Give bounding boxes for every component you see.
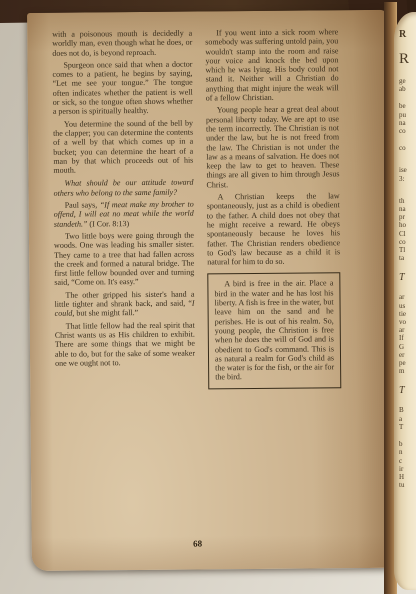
fragment: Cl [399, 230, 406, 238]
fragment: T [399, 423, 403, 431]
fragment: pr [399, 213, 405, 221]
fragment: co [399, 238, 406, 246]
fragment: 3: [399, 175, 404, 183]
fragment: na [399, 119, 406, 127]
fragment: pu [399, 111, 406, 119]
paragraph: Spurgeon once said that when a doctor co… [52, 56, 193, 116]
fragment: ab [399, 85, 406, 93]
next-page-text-fragments: R R ge ab be pu na co co ise 3: th na pr… [394, 12, 416, 489]
scripture-intro: Paul says, [65, 200, 100, 209]
paragraph-text: The other gripped his sister's hand a li… [55, 289, 195, 309]
fragment: ise [399, 166, 407, 174]
book-page-68: with a poisonous mouth is decidedly a wo… [27, 10, 394, 571]
paragraph: That little fellow had the real spirit t… [55, 317, 195, 368]
fragment: n [399, 448, 403, 456]
page-number: 68 [32, 537, 364, 550]
book-photo: with a poisonous mouth is decidedly a wo… [0, 0, 416, 594]
paragraph: The other gripped his sister's hand a li… [54, 286, 194, 318]
paragraph: with a poisonous mouth is decidedly a wo… [52, 29, 192, 58]
fragment: er [399, 351, 404, 359]
fragment: th [399, 197, 404, 205]
fragment: b [399, 440, 403, 448]
fragment: ge [399, 77, 406, 85]
boxed-paragraph: A bird is free in the air. Place a bird … [214, 279, 334, 382]
fragment: ar [399, 293, 404, 301]
fragment: If [399, 334, 404, 342]
fragment: co [399, 127, 406, 135]
fragment: G [399, 343, 404, 351]
fragment: ar [399, 326, 404, 334]
fragment: pe [399, 359, 406, 367]
fragment: ta [399, 254, 404, 262]
fragment: ho [399, 221, 406, 229]
fragment: us [399, 302, 405, 310]
paragraph-text: , but she might fall.” [72, 308, 138, 318]
paragraph: You determine the sound of the bell by t… [53, 115, 194, 175]
left-column: with a poisonous mouth is decidedly a wo… [52, 29, 195, 391]
fragment: H [399, 473, 404, 481]
right-column: If you went into a sick room where someb… [205, 27, 341, 389]
bird-illustration-box: A bird is free in the air. Place a bird … [207, 273, 341, 389]
fragment: m [399, 367, 404, 375]
fragment: tie [399, 310, 406, 318]
fragment: T [399, 384, 405, 397]
question-paragraph: What should be our attitude toward other… [53, 174, 193, 198]
fragment: ir [399, 465, 403, 473]
fragment: T [399, 271, 405, 284]
fragment: tu [399, 481, 404, 489]
scripture-reference: (I Cor. 8:13) [87, 219, 129, 228]
text-block: with a poisonous mouth is decidedly a wo… [52, 27, 361, 390]
fragment: na [399, 205, 406, 213]
fragment: vo [399, 318, 406, 326]
paragraph: Two little boys were going through the w… [54, 227, 195, 287]
fragment: R [399, 50, 409, 68]
fragment: co [399, 144, 406, 152]
fragment: B [399, 406, 404, 414]
next-page-sliver: R R ge ab be pu na co co ise 3: th na pr… [394, 12, 416, 590]
fragment: Tl [399, 246, 405, 254]
fragment: a [399, 415, 402, 423]
paragraph: If you went into a sick room where someb… [205, 27, 339, 103]
fragment: c [399, 457, 402, 465]
fragment: R [399, 28, 406, 41]
fragment: be [399, 102, 406, 110]
scripture-paragraph: Paul says, “If meat make my brother to o… [54, 197, 194, 229]
paragraph: A Christian keeps the law spontaneously,… [207, 188, 341, 267]
paragraph: Young people hear a great deal about per… [206, 102, 340, 190]
